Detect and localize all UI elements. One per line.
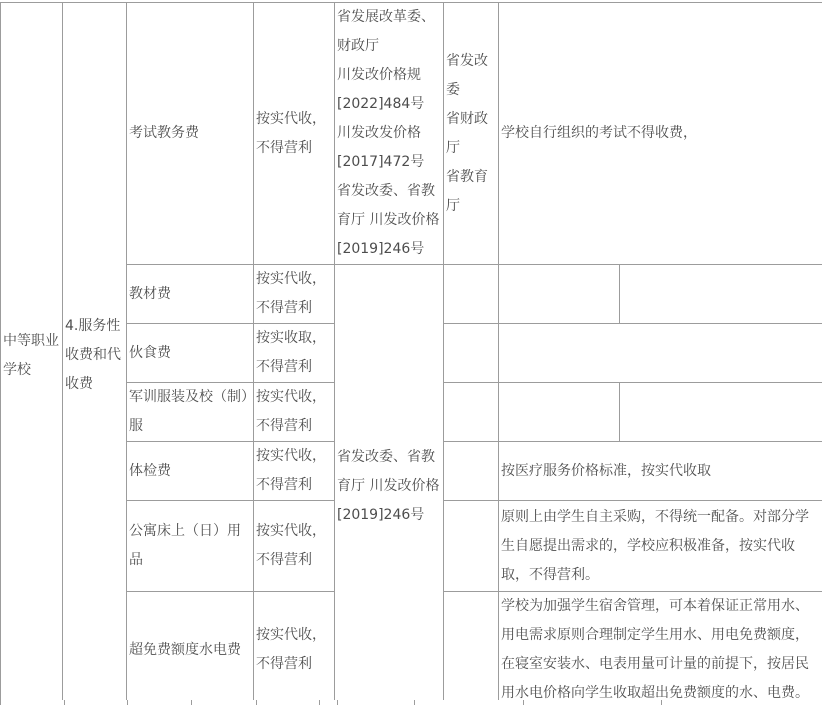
policy-cell: 按实代收，不得营利 [254, 442, 335, 501]
school-type-cell: 中等职业学校 [1, 3, 63, 705]
divider [337, 700, 338, 705]
remark-empty-cell [620, 265, 822, 324]
fee-item-cell: 军训服装及校（制）服 [127, 383, 254, 442]
remark-empty-cell [620, 383, 822, 442]
fee-item-cell: 公寓床上（日）用品 [127, 501, 254, 592]
policy-cell: 按实收取，不得营利 [254, 324, 335, 383]
fee-item-cell: 教材费 [127, 265, 254, 324]
fee-item-cell: 体检费 [127, 442, 254, 501]
divider [661, 700, 662, 705]
table-row: 中等职业学校 4.服务性收费和代收费 考试教务费 按实代收，不得营利 省发展改革… [1, 3, 822, 265]
fee-item-cell: 考试教务费 [127, 3, 254, 265]
remark-cell: 学校为加强学生宿舍管理，可本着保证正常用水、用电需求原则合理制定学生用水、用电免… [499, 592, 822, 705]
divider [191, 700, 192, 705]
basis-cell: 省发改委、省教育厅 川发改价格[2019]246号 [335, 265, 444, 705]
authority-empty-cell [444, 324, 499, 383]
authority-empty-cell [444, 265, 499, 324]
basis-cell: 省发展改革委、 财政厅 川发改价格规[2022]484号 川发改发价格[2017… [335, 3, 444, 265]
policy-cell: 按实代收，不得营利 [254, 383, 335, 442]
fee-item-cell: 伙食费 [127, 324, 254, 383]
authority-empty-cell [444, 442, 499, 501]
fee-table: 中等职业学校 4.服务性收费和代收费 考试教务费 按实代收，不得营利 省发展改革… [0, 2, 822, 705]
remark-cell: 学校自行组织的考试不得收费， [499, 3, 822, 265]
fee-item-cell: 超免费额度水电费 [127, 592, 254, 705]
divider [523, 700, 524, 705]
divider [64, 700, 65, 705]
authority-empty-cell [444, 501, 499, 592]
authority-cell: 省发改委 省财政厅 省教育厅 [444, 3, 499, 265]
authority-empty-cell [444, 592, 499, 705]
authority-empty-cell [444, 383, 499, 442]
policy-cell: 按实代收，不得营利 [254, 501, 335, 592]
remark-empty-cell [499, 265, 620, 324]
policy-cell: 按实代收，不得营利 [254, 3, 335, 265]
divider [319, 700, 320, 705]
remark-cell: 按医疗服务价格标准，按实代收取 [499, 442, 822, 501]
divider [256, 700, 257, 705]
remark-cell: 原则上由学生自主采购，不得统一配备。对部分学生自愿提出需求的，学校应积极准备，按… [499, 501, 822, 592]
fee-table-page: 中等职业学校 4.服务性收费和代收费 考试教务费 按实代收，不得营利 省发展改革… [0, 0, 822, 705]
divider [127, 700, 128, 705]
policy-cell: 按实代收，不得营利 [254, 592, 335, 705]
policy-cell: 按实代收，不得营利 [254, 265, 335, 324]
category-cell: 4.服务性收费和代收费 [63, 3, 127, 705]
next-row-partial [0, 700, 822, 705]
divider [414, 700, 415, 705]
remark-empty-cell [499, 383, 620, 442]
remark-empty-cell [499, 324, 822, 383]
